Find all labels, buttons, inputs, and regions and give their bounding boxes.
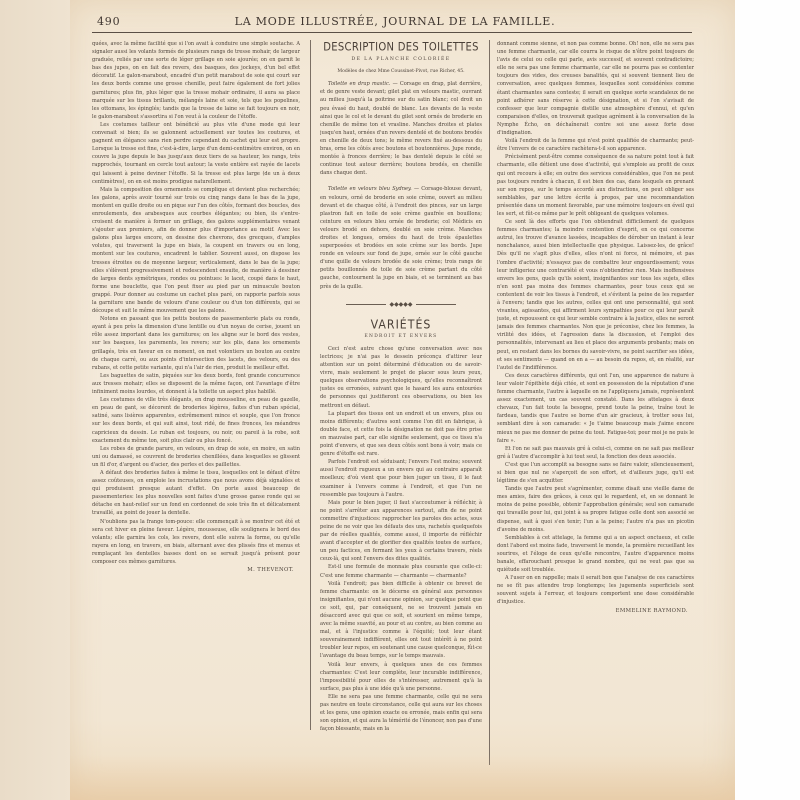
paragraph: C'est que l'un accomplit sa besogne sans…: [497, 461, 694, 485]
middle-column: DESCRIPTION DES TOILETTES DE LA PLANCHE …: [320, 40, 482, 760]
column-divider-left: [310, 40, 311, 730]
section-title: DESCRIPTION DES TOILETTES: [320, 43, 482, 52]
paragraph: La plupart des tissus ont un endroit et …: [320, 410, 482, 459]
paragraph: Parfois l'endroit est séduisant; l'enver…: [320, 458, 482, 498]
paragraph: Et l'on ne sait pas mauvais gré à celui-…: [497, 445, 694, 461]
paragraph: quées, avec la même facilité que si l'on…: [92, 40, 300, 121]
paragraph: Ces deux caractères différents, qui ont …: [497, 372, 694, 445]
paragraph: Voilà leur envers, à quelques unes de ce…: [320, 661, 482, 693]
paragraph: Ce sont là des efforts que l'on obtiendr…: [497, 218, 694, 372]
column-divider-right: [489, 40, 490, 765]
models-credit: Modèles de chez Mme Coussinet-Pivot, rue…: [320, 68, 482, 76]
varietes-subtitle: ENDROIT ET ENVERS: [320, 333, 482, 341]
paragraph: A défaut des broderies faites à même le …: [92, 469, 300, 518]
paragraph: Mais pour le bien juger, il faut s'accou…: [320, 499, 482, 564]
paragraph: Précisément peut-être comme conséquence …: [497, 153, 694, 218]
paragraph: Les costumes de ville très élégants, en …: [92, 396, 300, 445]
background-right: [735, 0, 800, 800]
paragraph: A l'user on en rappelle; mais il serait …: [497, 574, 694, 606]
author-signature: EMMELINE RAYMOND.: [497, 607, 694, 615]
paragraph: Mais la composition des ornements se com…: [92, 186, 300, 316]
left-column: quées, avec la même facilité que si l'on…: [92, 40, 300, 780]
header-rule: [92, 32, 692, 33]
paragraph: Voilà l'endroit de la femme qui n'est po…: [497, 137, 694, 153]
paragraph: Notons en passant que les petits boutons…: [92, 315, 300, 372]
paragraph: donnant comme sienne, et non pas comme b…: [497, 40, 694, 137]
varietes-title: VARIÉTÉS: [320, 320, 482, 329]
author-signature: M. THEVENOT.: [92, 566, 300, 574]
paragraph: N'oublions pas la frange tom-pouce: elle…: [92, 518, 300, 567]
paragraph: Elle ne sera pas une femme charmante, ce…: [320, 693, 482, 733]
paragraph: Les baguettes de satin, piquées sur les …: [92, 372, 300, 396]
journal-title: LA MODE ILLUSTRÉE, JOURNAL DE LA FAMILLE…: [95, 15, 695, 28]
right-column: donnant comme sienne, et non pas comme b…: [497, 40, 694, 770]
paragraph: Semblables à cet attelage, la femme qui …: [497, 534, 694, 574]
toilette-description: Toilette en velours bleu Sydney. — Corsa…: [320, 185, 482, 290]
toilette-name: Toilette en drap mastic.: [328, 81, 390, 87]
section-subtitle: DE LA PLANCHE COLORIÉE: [320, 56, 482, 64]
ornamental-divider: ◆◆◆◆◆: [320, 301, 482, 309]
paragraph: Est-il une formule de monnaie plus coura…: [320, 563, 482, 579]
paragraph: Voilà l'endroit; pas bien difficile à ob…: [320, 580, 482, 661]
paragraph: Les costumes tailleur ont bénéficié au p…: [92, 121, 300, 186]
paragraph: Les robes de grande parure, en velours, …: [92, 445, 300, 469]
background-left: [0, 0, 70, 800]
toilette-name: Toilette en velours bleu Sydney.: [328, 186, 412, 192]
paragraph: Tandis que l'autre peut s'agrémenter, co…: [497, 485, 694, 534]
paragraph: Ceci n'est autre chose qu'une conversati…: [320, 345, 482, 410]
toilette-description: Toilette en drap mastic. — Corsage en dr…: [320, 80, 482, 177]
